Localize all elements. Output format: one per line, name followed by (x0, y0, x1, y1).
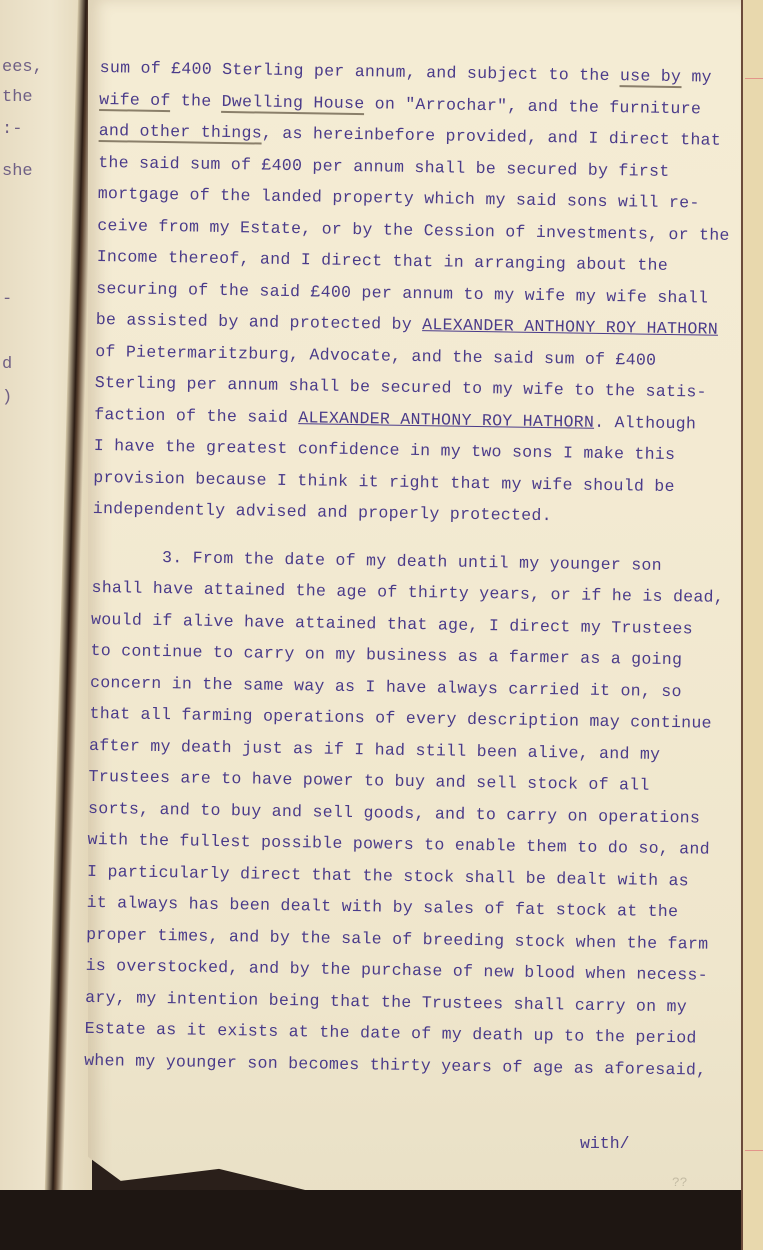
text-run: after my death just as if I had still be… (89, 735, 661, 763)
facing-page-text: the (2, 88, 33, 107)
text-run: be assisted by and protected by (96, 310, 423, 334)
text-run: it always has been dealt with by sales o… (86, 893, 678, 921)
text-run: the (171, 91, 222, 111)
catchword: with/ (580, 1134, 630, 1153)
next-page-edge (741, 0, 763, 1250)
margin-rule (745, 1150, 763, 1151)
text-run: would if alive have attained that age, I… (91, 609, 693, 637)
text-run: securing of the said £400 per annum to m… (96, 278, 708, 307)
text-run: that all farming operations of every des… (89, 704, 712, 733)
text-run: sorts, and to buy and sell goods, and to… (88, 798, 700, 827)
text-run: , as hereinbefore provided, and I direct… (262, 124, 721, 150)
underlined-name: ALEXANDER ANTHONY ROY HATHORN (422, 315, 718, 339)
text-run: mortgage of the landed property which my… (98, 184, 700, 212)
document-body: sum of £400 Sterling per annum, and subj… (84, 52, 720, 1086)
facing-page-text: ) (2, 388, 12, 407)
text-run: is overstocked, and by the purchase of n… (86, 956, 709, 985)
underlined-name: ALEXANDER ANTHONY ROY HATHORN (298, 408, 594, 432)
pencil-underline: wife of (99, 89, 171, 111)
text-run: shall have attained the age of thirty ye… (91, 578, 724, 607)
text-run: I have the greatest confidence in my two… (94, 436, 676, 464)
text-run: Sterling per annum shall be secured to m… (95, 373, 707, 402)
text-run: Income thereof, and I direct that in arr… (97, 247, 669, 275)
text-run: sum of £400 Sterling per annum, and subj… (100, 58, 621, 85)
text-run: independently advised and properly prote… (93, 499, 552, 525)
text-run: provision because I think it right that … (93, 467, 675, 495)
text-run: with the fullest possible powers to enab… (87, 830, 710, 859)
facing-page-text: - (2, 290, 12, 309)
text-run: to continue to carry on my business as a… (90, 641, 682, 669)
text-run: Estate as it exists at the date of my de… (85, 1019, 697, 1048)
facing-page-text: ees, (2, 58, 43, 77)
facing-page-text: d (2, 355, 12, 374)
facing-page-text: :- (2, 120, 22, 139)
text-run: 3. From the date of my death until my yo… (162, 548, 662, 575)
page-mark: ?? (672, 1175, 688, 1190)
pencil-underline: use by (620, 66, 682, 88)
text-run: my (681, 67, 712, 86)
text-run: faction of the said (94, 404, 298, 426)
text-run: the said sum of £400 per annum shall be … (98, 152, 670, 180)
text-run: Trustees are to have power to buy and se… (88, 767, 649, 795)
text-run: ary, my intention being that the Trustee… (85, 987, 687, 1015)
margin-rule (745, 78, 763, 79)
text-run: ceive from my Estate, or by the Cession … (97, 215, 730, 244)
text-run: on "Arrochar", and the furniture (364, 94, 701, 118)
facing-page-text: she (2, 162, 33, 181)
background-table (0, 1190, 741, 1250)
pencil-underline: and other things (99, 121, 263, 145)
text-run: when my younger son becomes thirty years… (84, 1050, 707, 1079)
pencil-underline: Dwelling House (222, 91, 365, 114)
text-run: I particularly direct that the stock sha… (87, 861, 689, 889)
text-run: concern in the same way as I have always… (90, 672, 682, 700)
text-run: . Although (594, 412, 696, 433)
text-run: of Pietermaritzburg, Advocate, and the s… (95, 341, 656, 369)
text-run: proper times, and by the sale of breedin… (86, 924, 709, 953)
